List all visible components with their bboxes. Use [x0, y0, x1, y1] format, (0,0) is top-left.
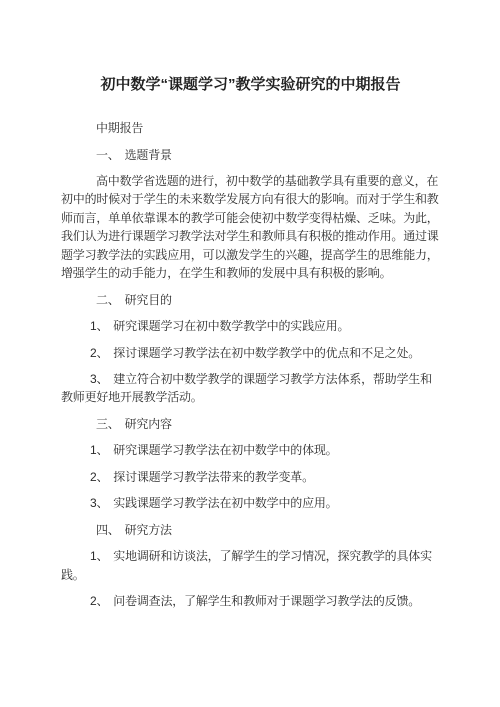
item-number: 四、 — [96, 523, 120, 537]
list-item: 2、问卷调查法，了解学生和教师对于课题学习教学法的反馈。 — [61, 592, 440, 610]
section-heading: 一、选题背景 — [61, 146, 440, 164]
item-text: 建立符合初中数学教学的课题学习教学方法体系，帮助学生和教师更好地开展教学活动。 — [61, 372, 432, 404]
item-number: 二、 — [96, 293, 120, 307]
item-text: 探讨课题学习教学法在初中数学教学中的优点和不足之处。 — [113, 346, 420, 360]
list-item: 2、探讨课题学习教学法在初中数学教学中的优点和不足之处。 — [61, 344, 440, 362]
item-text: 探讨课题学习教学法带来的教学变革。 — [113, 470, 314, 484]
list-item: 2、探讨课题学习教学法带来的教学变革。 — [61, 468, 440, 486]
item-number: 一、 — [96, 148, 120, 162]
item-number: 1、 — [90, 549, 108, 563]
item-text: 研究方法 — [125, 523, 172, 537]
list-item: 3、实践课题学习教学法在初中数学中的应用。 — [61, 494, 440, 512]
document-page: 初中数学“课题学习”教学实验研究的中期报告 中期报告一、选题背景高中数学省选题的… — [0, 0, 500, 707]
item-number: 1、 — [90, 319, 108, 333]
item-number: 三、 — [96, 417, 120, 431]
document-title: 初中数学“课题学习”教学实验研究的中期报告 — [61, 74, 440, 96]
item-number: 2、 — [90, 470, 108, 484]
document-body: 中期报告一、选题背景高中数学省选题的进行，初中数学的基础教学具有重要的意义，在初… — [61, 119, 440, 611]
item-text: 实地调研和访谈法，了解学生的学习情况，探究教学的具体实践。 — [61, 549, 432, 581]
list-item: 1、实地调研和访谈法，了解学生的学习情况，探究教学的具体实践。 — [61, 547, 440, 584]
item-number: 3、 — [90, 496, 108, 510]
item-text: 问卷调查法，了解学生和教师对于课题学习教学法的反馈。 — [113, 594, 420, 608]
item-text: 研究内容 — [125, 417, 172, 431]
item-text: 研究课题学习在初中数学教学中的实践应用。 — [113, 319, 349, 333]
item-text: 实践课题学习教学法在初中数学中的应用。 — [113, 496, 337, 510]
item-number: 3、 — [90, 372, 108, 386]
list-item: 3、建立符合初中数学教学的课题学习教学方法体系，帮助学生和教师更好地开展教学活动… — [61, 370, 440, 407]
item-text: 研究目的 — [125, 293, 172, 307]
list-item: 1、研究课题学习在初中数学教学中的实践应用。 — [61, 317, 440, 335]
body-paragraph: 高中数学省选题的进行，初中数学的基础教学具有重要的意义，在初中的时候对于学生的未… — [61, 172, 440, 282]
list-item: 1、研究课题学习教学法在初中数学中的体现。 — [61, 441, 440, 459]
section-heading: 三、研究内容 — [61, 415, 440, 433]
item-number: 1、 — [90, 443, 108, 457]
item-number: 2、 — [90, 346, 108, 360]
item-text: 研究课题学习教学法在初中数学中的体现。 — [113, 443, 337, 457]
doc-subtitle: 中期报告 — [61, 119, 440, 137]
section-heading: 二、研究目的 — [61, 291, 440, 309]
section-heading: 四、研究方法 — [61, 521, 440, 539]
item-number: 2、 — [90, 594, 108, 608]
item-text: 选题背景 — [125, 148, 172, 162]
